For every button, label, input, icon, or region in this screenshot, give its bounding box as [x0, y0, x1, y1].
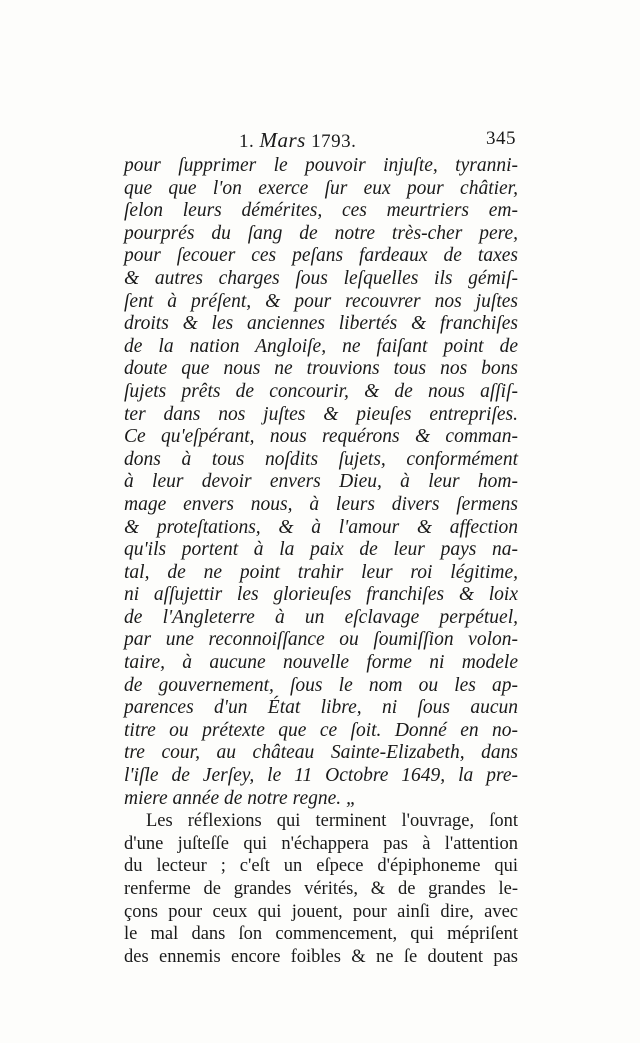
- header-year: 1793.: [311, 131, 356, 152]
- proclamation-text: pour ſupprimer le pouvoir injuſte, tyran…: [124, 155, 518, 810]
- header-date: 1. Mars 1793.: [239, 128, 356, 153]
- text-line: de gouvernement, ſous le nom ou les ap-: [124, 675, 518, 698]
- text-line: parences d'un État libre, ni ſous aucun: [124, 697, 518, 720]
- text-line: ſujets prêts de concourir, & de nous aſſ…: [124, 381, 518, 404]
- text-line: l'iſle de Jerſey, le 11 Octobre 1649, la…: [124, 765, 518, 788]
- text-line: qu'ils portent à la paix de leur pays na…: [124, 539, 518, 562]
- text-line: pour ſecouer ces peſans fardeaux de taxe…: [124, 245, 518, 268]
- text-line: taire, à aucune nouvelle forme ni modele: [124, 652, 518, 675]
- text-line: ni aſſujettir les glorieuſes franchiſes …: [124, 584, 518, 607]
- text-line: le mal dans ſon commencement, qui mépriſ…: [124, 923, 518, 946]
- text-line: ter dans nos juſtes & pieuſes entrepriſe…: [124, 404, 518, 427]
- header-day: 1.: [239, 131, 254, 152]
- text-line: de l'Angleterre à un eſclavage perpétuel…: [124, 607, 518, 630]
- text-line: d'une juſteſſe qui n'échappera pas à l'a…: [124, 833, 518, 856]
- text-line: & proteſtations, & à l'amour & affection: [124, 517, 518, 540]
- text-line: droits & les anciennes libertés & franch…: [124, 313, 518, 336]
- text-line: des ennemis encore foibles & ne ſe doute…: [124, 946, 518, 969]
- text-line: çons pour ceux qui jouent, pour ainſi di…: [124, 901, 518, 924]
- text-line: renferme de grandes vérités, & de grande…: [124, 878, 518, 901]
- header-month: Mars: [260, 128, 306, 152]
- page-number: 345: [486, 128, 516, 150]
- text-line: Les réflexions qui terminent l'ouvrage, …: [124, 810, 518, 833]
- text-line: & autres charges ſous leſquelles ils gém…: [124, 268, 518, 291]
- text-line: ſelon leurs démérites, ces meurtriers em…: [124, 200, 518, 223]
- text-line: du lecteur ; c'eſt un eſpece d'épiphonem…: [124, 855, 518, 878]
- text-line: dons à tous noſdits ſujets, conformément: [124, 449, 518, 472]
- text-line: titre ou prétexte que ce ſoit. Donné en …: [124, 720, 518, 743]
- running-header: 1. Mars 1793. 345: [124, 128, 518, 152]
- text-line: pourprés du ſang de notre très-cher pere…: [124, 223, 518, 246]
- text-line: mage envers nous, à leurs divers ſermens: [124, 494, 518, 517]
- commentary-text: Les réflexions qui terminent l'ouvrage, …: [124, 810, 518, 968]
- text-line: à leur devoir envers Dieu, à leur hom-: [124, 471, 518, 494]
- text-line: de la nation Angloiſe, ne faiſant point …: [124, 336, 518, 359]
- text-line: par une reconnoiſſance ou ſoumiſſion vol…: [124, 629, 518, 652]
- text-line: ſent à préſent, & pour recouvrer nos juſ…: [124, 291, 518, 314]
- text-line: que que l'on exerce ſur eux pour châtier…: [124, 178, 518, 201]
- text-line: doute que nous ne trouvions tous nos bon…: [124, 358, 518, 381]
- book-page: 1. Mars 1793. 345 pour ſupprimer le pouv…: [124, 128, 518, 968]
- text-line: pour ſupprimer le pouvoir injuſte, tyran…: [124, 155, 518, 178]
- text-line: tal, de ne point trahir leur roi légitim…: [124, 562, 518, 585]
- text-line: miere année de notre regne. „: [124, 788, 518, 811]
- text-line: Ce qu'eſpérant, nous requérons & comman-: [124, 426, 518, 449]
- text-line: tre cour, au château Sainte-Elizabeth, d…: [124, 742, 518, 765]
